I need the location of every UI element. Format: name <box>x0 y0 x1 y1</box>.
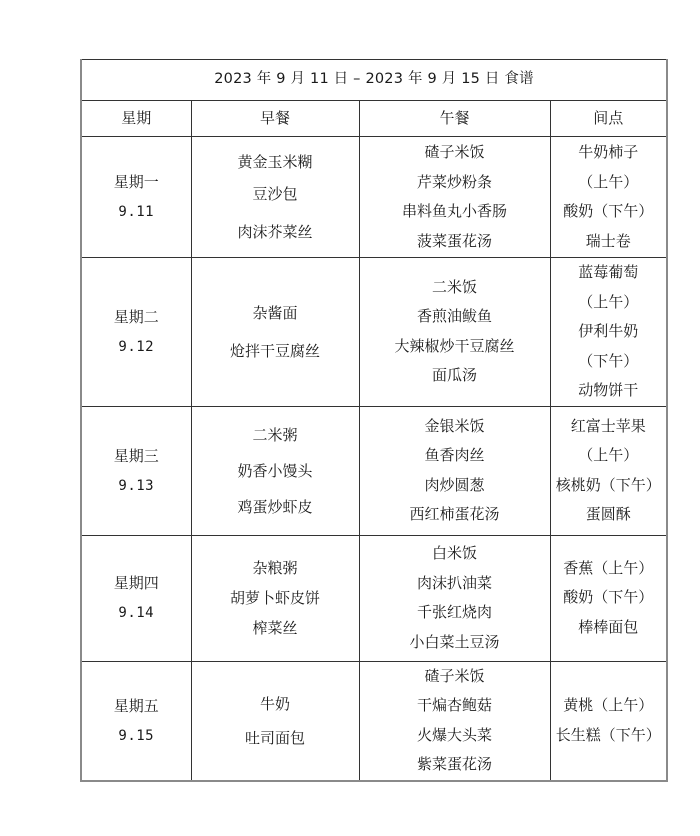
date-label: 9.14 <box>82 598 191 628</box>
menu-item: 芹菜炒粉条 <box>360 168 550 198</box>
weekday-label: 星期一 <box>82 167 191 197</box>
day-cell: 星期一 9.11 <box>81 137 191 258</box>
lunch-cell: 白米饭 肉沫扒油菜 千张红烧肉 小白菜土豆汤 <box>359 535 550 661</box>
table-row-friday: 星期五 9.15 牛奶 吐司面包 碴子米饭 干煸杏鲍菇 火爆大头菜 紫菜蛋花汤 … <box>81 661 667 781</box>
breakfast-cell: 杂酱面 炝拌干豆腐丝 <box>191 258 359 407</box>
menu-item: （上午） <box>551 168 667 198</box>
menu-item: 长生糕（下午） <box>551 721 667 751</box>
lunch-cell: 金银米饭 鱼香肉丝 肉炒圆葱 西红柿蛋花汤 <box>359 406 550 535</box>
weekday-label: 星期五 <box>82 691 191 721</box>
menu-item: 香煎油鲅鱼 <box>360 302 550 332</box>
menu-item: 榨菜丝 <box>192 613 359 643</box>
menu-table: 2023 年 9 月 11 日 – 2023 年 9 月 15 日 食谱 星期 … <box>80 59 668 782</box>
snack-cell: 牛奶柿子 （上午） 酸奶（下午） 瑞士卷 <box>550 137 667 258</box>
menu-item: 豆沙包 <box>192 178 359 210</box>
menu-item: （上午） <box>551 288 667 318</box>
weekday-label: 星期二 <box>82 302 191 332</box>
weekday-label: 星期三 <box>82 441 191 471</box>
menu-item: 棒棒面包 <box>551 613 667 643</box>
menu-item: （上午） <box>551 441 667 471</box>
table-row-tuesday: 星期二 9.12 杂酱面 炝拌干豆腐丝 二米饭 香煎油鲅鱼 大辣椒炒干豆腐丝 面… <box>81 258 667 407</box>
menu-item: 肉沫芥菜丝 <box>192 216 359 248</box>
date-label: 9.11 <box>82 197 191 227</box>
menu-item: 牛奶柿子 <box>551 138 667 168</box>
date-label: 9.12 <box>82 332 191 362</box>
menu-item: 串料鱼丸小香肠 <box>360 197 550 227</box>
snack-cell: 红富士苹果 （上午） 核桃奶（下午） 蛋圆酥 <box>550 406 667 535</box>
menu-item: 动物饼干 <box>551 376 667 406</box>
menu-item: 杂酱面 <box>192 297 359 329</box>
day-cell: 星期四 9.14 <box>81 535 191 661</box>
menu-item: 酸奶（下午） <box>551 197 667 227</box>
breakfast-cell: 黄金玉米糊 豆沙包 肉沫芥菜丝 <box>191 137 359 258</box>
snack-cell: 黄桃（上午） 长生糕（下午） <box>550 661 667 781</box>
table-row-wednesday: 星期三 9.13 二米粥 奶香小馒头 鸡蛋炒虾皮 金银米饭 鱼香肉丝 肉炒圆葱 … <box>81 406 667 535</box>
menu-item: 二米饭 <box>360 273 550 303</box>
menu-item: 香蕉（上午） <box>551 554 667 584</box>
column-header-lunch: 午餐 <box>359 101 550 137</box>
menu-item: 黄桃（上午） <box>551 691 667 721</box>
lunch-cell: 二米饭 香煎油鲅鱼 大辣椒炒干豆腐丝 面瓜汤 <box>359 258 550 407</box>
menu-item: 碴子米饭 <box>360 138 550 168</box>
menu-item: 炝拌干豆腐丝 <box>192 335 359 367</box>
menu-item: 肉沫扒油菜 <box>360 569 550 599</box>
menu-item: 酸奶（下午） <box>551 583 667 613</box>
menu-item: 蛋圆酥 <box>551 500 667 530</box>
menu-title: 2023 年 9 月 11 日 – 2023 年 9 月 15 日 食谱 <box>81 60 667 101</box>
column-header-breakfast: 早餐 <box>191 101 359 137</box>
column-header-day: 星期 <box>81 101 191 137</box>
menu-item: 胡萝卜虾皮饼 <box>192 583 359 613</box>
menu-item: 吐司面包 <box>192 722 359 754</box>
menu-item: 杂粮粥 <box>192 553 359 583</box>
menu-item: 大辣椒炒干豆腐丝 <box>360 332 550 362</box>
snack-cell: 蓝莓葡萄 （上午） 伊利牛奶 （下午） 动物饼干 <box>550 258 667 407</box>
day-cell: 星期五 9.15 <box>81 661 191 781</box>
menu-item: 紫菜蛋花汤 <box>360 750 550 780</box>
menu-item: （下午） <box>551 347 667 377</box>
table-row-thursday: 星期四 9.14 杂粮粥 胡萝卜虾皮饼 榨菜丝 白米饭 肉沫扒油菜 千张红烧肉 … <box>81 535 667 661</box>
table-row-monday: 星期一 9.11 黄金玉米糊 豆沙包 肉沫芥菜丝 碴子米饭 芹菜炒粉条 串料鱼丸… <box>81 137 667 258</box>
title-row: 2023 年 9 月 11 日 – 2023 年 9 月 15 日 食谱 <box>81 60 667 101</box>
lunch-cell: 碴子米饭 芹菜炒粉条 串料鱼丸小香肠 菠菜蛋花汤 <box>359 137 550 258</box>
header-row: 星期 早餐 午餐 间点 <box>81 101 667 137</box>
date-label: 9.15 <box>82 721 191 751</box>
menu-item: 二米粥 <box>192 417 359 453</box>
menu-item: 奶香小馒头 <box>192 453 359 489</box>
menu-item: 蓝莓葡萄 <box>551 258 667 288</box>
menu-item: 火爆大头菜 <box>360 721 550 751</box>
menu-item: 肉炒圆葱 <box>360 471 550 501</box>
menu-item: 瑞士卷 <box>551 227 667 257</box>
date-label: 9.13 <box>82 471 191 501</box>
breakfast-cell: 杂粮粥 胡萝卜虾皮饼 榨菜丝 <box>191 535 359 661</box>
menu-item: 千张红烧肉 <box>360 598 550 628</box>
menu-item: 金银米饭 <box>360 412 550 442</box>
menu-item: 小白菜土豆汤 <box>360 628 550 658</box>
menu-item: 黄金玉米糊 <box>192 146 359 178</box>
snack-cell: 香蕉（上午） 酸奶（下午） 棒棒面包 <box>550 535 667 661</box>
weekday-label: 星期四 <box>82 568 191 598</box>
menu-item: 红富士苹果 <box>551 412 667 442</box>
menu-item: 面瓜汤 <box>360 361 550 391</box>
day-cell: 星期二 9.12 <box>81 258 191 407</box>
lunch-cell: 碴子米饭 干煸杏鲍菇 火爆大头菜 紫菜蛋花汤 <box>359 661 550 781</box>
breakfast-cell: 二米粥 奶香小馒头 鸡蛋炒虾皮 <box>191 406 359 535</box>
menu-item: 碴子米饭 <box>360 662 550 692</box>
menu-item: 菠菜蛋花汤 <box>360 227 550 257</box>
menu-item: 白米饭 <box>360 539 550 569</box>
menu-item: 西红柿蛋花汤 <box>360 500 550 530</box>
breakfast-cell: 牛奶 吐司面包 <box>191 661 359 781</box>
menu-item: 核桃奶（下午） <box>551 471 667 501</box>
menu-item: 伊利牛奶 <box>551 317 667 347</box>
menu-item: 干煸杏鲍菇 <box>360 691 550 721</box>
column-header-snack: 间点 <box>550 101 667 137</box>
menu-item: 牛奶 <box>192 688 359 720</box>
day-cell: 星期三 9.13 <box>81 406 191 535</box>
menu-item: 鱼香肉丝 <box>360 441 550 471</box>
menu-item: 鸡蛋炒虾皮 <box>192 489 359 525</box>
